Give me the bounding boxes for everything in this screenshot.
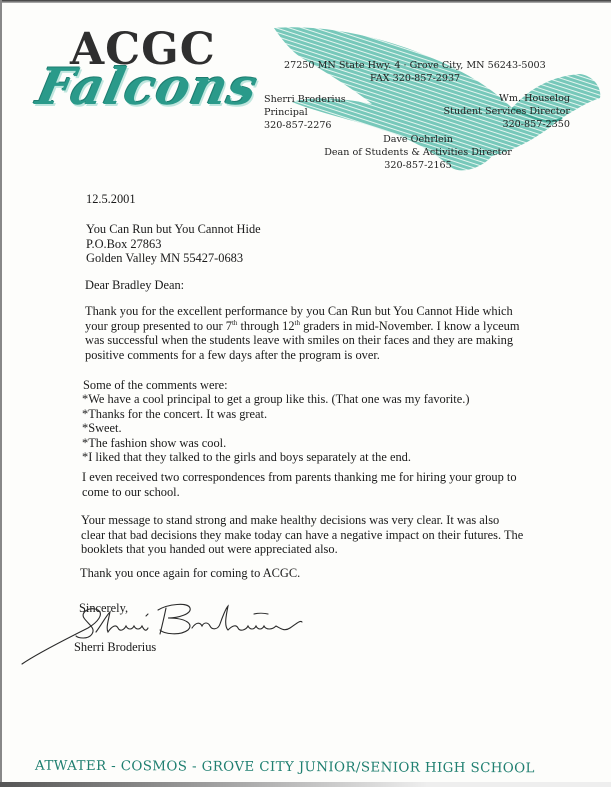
principal-phone: 320-857-2276	[264, 119, 346, 132]
comment-item: *Sweet.	[82, 421, 469, 436]
text-fragment: through 12	[237, 319, 294, 333]
principal-name: Sherri Broderius	[264, 93, 346, 106]
comments-intro: Some of the comments were:	[83, 378, 228, 393]
school-fax: FAX 320-857-2937	[370, 72, 460, 85]
recipient-po-box: P.O.Box 27863	[86, 237, 261, 252]
student-services-title: Student Services Director	[444, 105, 570, 118]
paragraph-thanks: Thank you for the excellent performance …	[85, 304, 555, 362]
paragraph-line: I even received two correspondences from…	[82, 470, 557, 485]
scan-edge-left	[0, 0, 2, 787]
dean-title: Dean of Students & Activities Director	[320, 146, 516, 159]
text-fragment: your group presented to our 7	[85, 319, 232, 333]
principal-title: Principal	[264, 106, 346, 119]
paragraph-line: Your message to stand strong and make he…	[81, 513, 561, 528]
paragraph-line: positive comments for a few days after t…	[85, 348, 555, 363]
recipient-name: You Can Run but You Cannot Hide	[86, 222, 261, 237]
paragraph-message: Your message to stand strong and make he…	[81, 513, 561, 557]
salutation: Dear Bradley Dean:	[85, 278, 184, 293]
paragraph-line: Thank you for the excellent performance …	[85, 304, 555, 319]
student-services-name: Wm. Houselog	[444, 92, 570, 105]
paragraph-line: booklets that you handed out were apprec…	[81, 542, 561, 557]
signer-name: Sherri Broderius	[74, 640, 156, 655]
comments-list: *We have a cool principal to get a group…	[82, 392, 469, 465]
dean-name: Dave Oehrlein	[320, 133, 516, 146]
comment-item: *The fashion show was cool.	[82, 436, 469, 451]
scan-edge-top	[0, 0, 611, 3]
paragraph-line: come to our school.	[82, 485, 557, 500]
handwritten-signature-icon	[18, 598, 308, 668]
logo-falcons: Falcons	[33, 62, 263, 112]
text-fragment: graders in mid-November. I know a lyceum	[300, 319, 520, 333]
scan-edge-bottom	[0, 782, 611, 787]
paragraph-parents: I even received two correspondences from…	[82, 470, 557, 499]
paragraph-line: clear that bad decisions they make today…	[81, 528, 561, 543]
recipient-city: Golden Valley MN 55427-0683	[86, 251, 261, 266]
letter-date: 12.5.2001	[86, 192, 136, 207]
paragraph-line: your group presented to our 7th through …	[85, 319, 555, 334]
paragraph-line: was successful when the students leave w…	[85, 333, 555, 348]
comment-item: *We have a cool principal to get a group…	[82, 392, 469, 407]
paragraph-closing-thanks: Thank you once again for coming to ACGC.	[80, 566, 300, 581]
student-services-contact: Wm. Houselog Student Services Director 3…	[444, 92, 570, 131]
comment-item: *I liked that they talked to the girls a…	[82, 450, 469, 465]
dean-contact: Dave Oehrlein Dean of Students & Activit…	[320, 133, 516, 172]
school-footer: ATWATER - COSMOS - GROVE CITY JUNIOR/SEN…	[35, 759, 535, 777]
student-services-phone: 320-857-2350	[444, 118, 570, 131]
school-address: 27250 MN State Hwy. 4 · Grove City, MN 5…	[284, 59, 546, 72]
recipient-address: You Can Run but You Cannot Hide P.O.Box …	[86, 222, 261, 266]
dean-phone: 320-857-2165	[320, 159, 516, 172]
principal-contact: Sherri Broderius Principal 320-857-2276	[264, 93, 346, 132]
comment-item: *Thanks for the concert. It was great.	[82, 407, 469, 422]
